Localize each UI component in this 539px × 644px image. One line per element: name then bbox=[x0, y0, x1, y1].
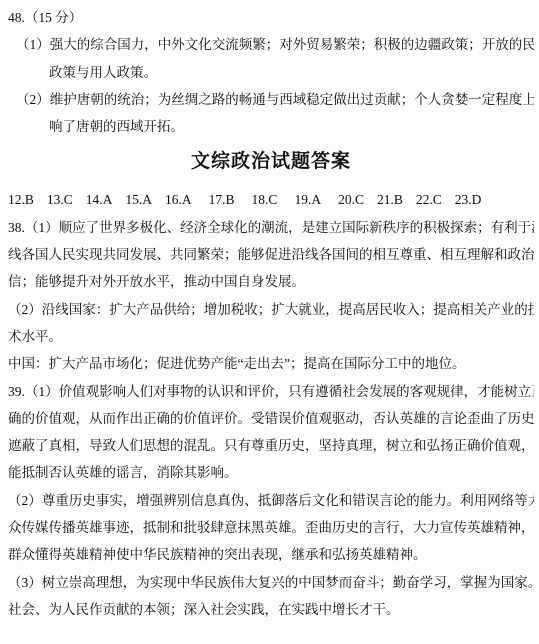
choice-answer-15: 15.A bbox=[125, 186, 152, 213]
choice-answer-16: 16.A bbox=[165, 186, 192, 213]
choice-answer-13: 13.C bbox=[47, 186, 73, 213]
q48-item1-line1: （1）强大的综合国力，中外文化交流频繁；对外贸易繁荣；积极的边疆政策；开放的民族 bbox=[8, 31, 534, 58]
q38-part2-line1: （2）沿线国家：扩大产品供给；增加税收；扩大就业，提高居民收入；提高相关产业的技 bbox=[8, 296, 534, 323]
q38-part1-line1: 38.（1）顺应了世界多极化、经济全球化的潮流，是建立国际新秩序的积极探索；有利… bbox=[8, 214, 534, 241]
q39-part3-line1: （3）树立崇高理想，为实现中华民族伟大复兴的中国梦而奋斗；勤奋学习，掌握为国家。 bbox=[8, 569, 534, 596]
q39-part1-line1: 39.（1）价值观影响人们对事物的认识和评价，只有遵循社会发展的客观规律，才能树… bbox=[8, 378, 534, 405]
section-title: 文综政治试题答案 bbox=[8, 147, 534, 177]
choice-answer-14: 14.A bbox=[86, 186, 113, 213]
q38-part3-line1: 中国：扩大产品市场化；促进优势产能“走出去”；提高在国际分工中的地位。 bbox=[8, 350, 534, 377]
q48-item1-line2: 政策与用人政策。 bbox=[8, 59, 534, 86]
q48-item2-line2: 响了唐朝的西域开拓。 bbox=[8, 113, 534, 140]
q39-part3-line2: 社会、为人民作贡献的本领；深入社会实践，在实践中增长才干。 bbox=[8, 596, 534, 623]
choice-answer-18: 18.C bbox=[252, 186, 278, 213]
q38-part2-line2: 术水平。 bbox=[8, 323, 534, 350]
choice-answer-20: 20.C bbox=[338, 186, 364, 213]
choice-answer-23: 23.D bbox=[455, 186, 482, 213]
q39-part1-line3: 遮蔽了真相，导致人们思想的混乱。只有尊重历史，坚持真理，树立和弘扬正确价值观，才 bbox=[8, 432, 534, 459]
choice-answer-22: 22.C bbox=[416, 186, 442, 213]
answer-document-page: 48.（15 分） （1）强大的综合国力，中外文化交流频繁；对外贸易繁荣；积极的… bbox=[0, 0, 539, 644]
choice-answer-21: 21.B bbox=[377, 186, 403, 213]
q39-part2-line1: （2）尊重历史事实，增强辨别信息真伪、抵御落后文化和错误言论的能力。利用网络等大 bbox=[8, 487, 534, 514]
choice-answers-row: 12.B 13.C 14.A 15.A 16.A 17.B 18.C 19.A … bbox=[8, 186, 534, 213]
q38-part1-line2: 线各国人民实现共同发展、共同繁荣；能够促进沿线各国间的相互尊重、相互理解和政治互 bbox=[8, 241, 534, 268]
q48-item2-line1: （2）维护唐朝的统治；为丝绸之路的畅通与西域稳定做出过贡献；个人贪婪一定程度上影 bbox=[8, 86, 534, 113]
q48-heading: 48.（15 分） bbox=[8, 4, 534, 31]
q39-part1-line4: 能抵制否认英雄的谣言，消除其影响。 bbox=[8, 459, 534, 486]
q38-part1-line3: 信；能够提升对外开放水平，推动中国自身发展。 bbox=[8, 268, 534, 295]
q39-part2-line3: 群众懂得英雄精神使中华民族精神的突出表现，继承和弘扬英雄精神。 bbox=[8, 541, 534, 568]
q39-part1-line2: 确的价值观，从而作出正确的价值评价。受错误价值观驱动，否认英雄的言论歪曲了历史， bbox=[8, 405, 534, 432]
choice-answer-17: 17.B bbox=[209, 186, 235, 213]
q39-part2-line2: 众传媒传播英雄事迹，抵制和批驳肆意抹黑英雄。歪曲历史的言行，大力宣传英雄精神，使 bbox=[8, 514, 534, 541]
choice-answer-19: 19.A bbox=[294, 186, 321, 213]
choice-answer-12: 12.B bbox=[8, 186, 34, 213]
